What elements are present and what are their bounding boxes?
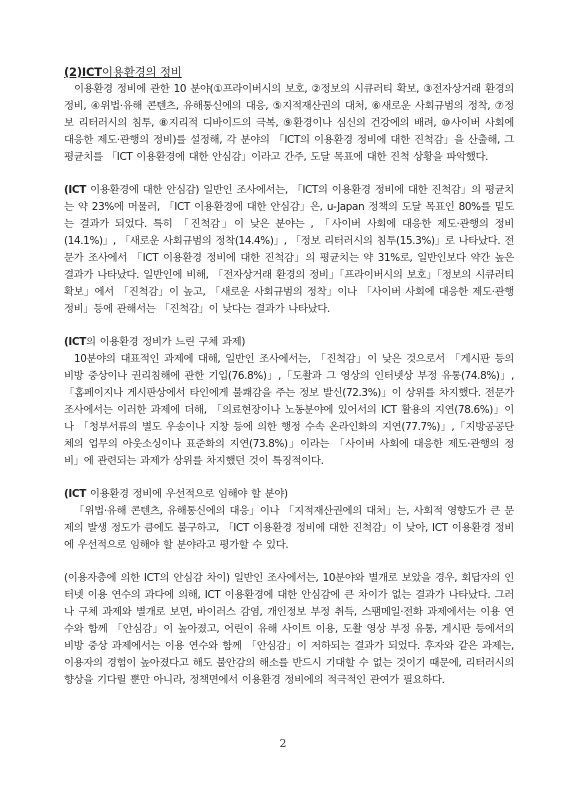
section-title-korean: 이용환경의 정비 xyxy=(102,65,182,79)
section-heading: (2)ICT이용환경의 정비 xyxy=(64,64,514,81)
subheading-tasks-label: 의 이용환경 정비가 느린 구체 과제) xyxy=(86,336,245,348)
paragraph-usergroup-text: 일반인 조사에서는, 10분야와 별개로 보았을 경우, 회답자의 인터넷 이용… xyxy=(64,572,514,686)
subheading-priority-label: 이용환경 정비에 우선적으로 임해야 할 분야) xyxy=(86,488,288,500)
paragraph-usergroup: (이용자층에 의한 ICT의 안심감 차이) 일반인 조사에서는, 10분야와 … xyxy=(64,570,514,689)
subheading-usergroup: (이용자층에 의한 ICT의 안심감 차이) xyxy=(64,572,230,584)
section-title-latin: ICT xyxy=(82,65,102,79)
page-number: 2 xyxy=(0,737,566,750)
document-page: (2)ICT이용환경의 정비 이용환경 정비에 관한 10 분야(①프라이버시의… xyxy=(64,64,514,689)
section-number: (2) xyxy=(64,65,82,79)
paragraph-anshim-text: 일반인 조사에서는, 「ICT의 이용환경 정비에 대한 진척감」의 평균치는 … xyxy=(64,184,514,315)
paragraph-anshim: (ICT 이용환경에 대한 안심감) 일반인 조사에서는, 「ICT의 이용환경… xyxy=(64,182,514,318)
subheading-priority: (ICT 이용환경 정비에 우선적으로 임해야 할 분야) xyxy=(64,486,514,503)
paragraph-tasks: 10분야의 대표적인 과제에 대해, 일반인 조사에서는, 「진척감」이 낮은 … xyxy=(64,351,514,470)
subheading-anshim-bold: (ICT xyxy=(64,184,86,196)
subheading-tasks-bold: (ICT xyxy=(64,336,86,348)
paragraph-priority: 「위법·유해 콘텐츠, 유해통신에의 대응」이나 「지적재산권에의 대처」는, … xyxy=(64,503,514,554)
paragraph-intro: 이용환경 정비에 관한 10 분야(①프라이버시의 보호, ②정보의 시큐러티 … xyxy=(64,81,514,166)
subheading-priority-bold: (ICT xyxy=(64,488,86,500)
subheading-anshim: 이용환경에 대한 안심감) xyxy=(86,184,199,196)
subheading-tasks: (ICT의 이용환경 정비가 느린 구체 과제) xyxy=(64,334,514,351)
